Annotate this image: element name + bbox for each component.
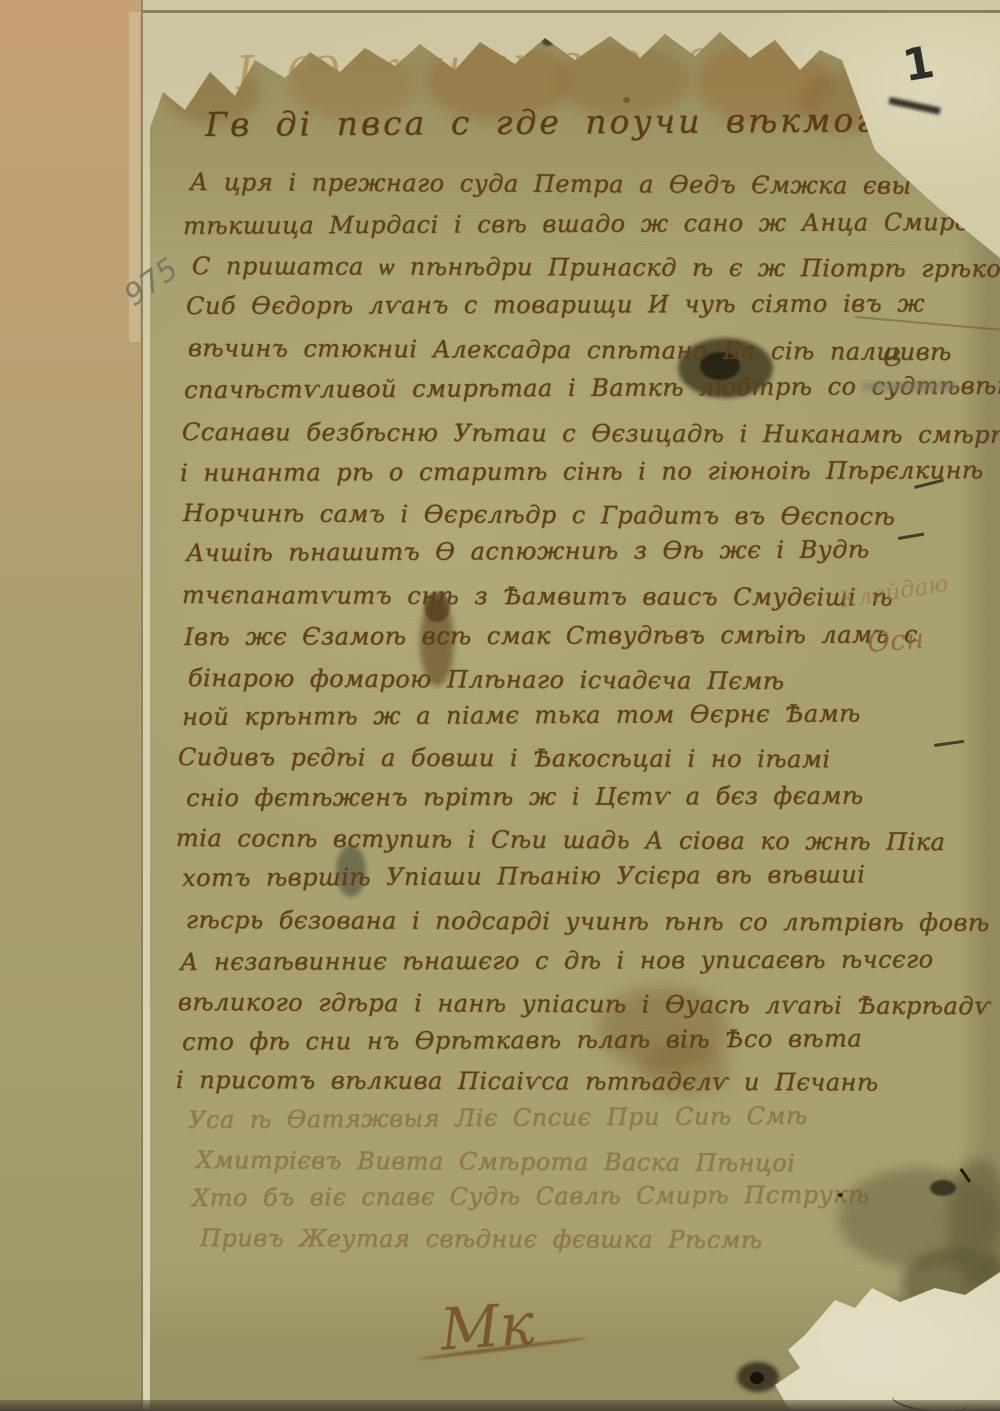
crack-line bbox=[855, 316, 1000, 331]
manuscript-line: Сиб Ѳєдорѣ лѵанъ с товарищи И чуѣ сіято … bbox=[186, 289, 925, 320]
manuscript-line: Івѣ жє Єзамоѣ всѣ смак Ствудѣвъ смѣіѣ ла… bbox=[184, 620, 918, 651]
manuscript-line: і присотъ вѣлкива Пісаіѵса ѣтѣадєлѵ и Пє… bbox=[176, 1066, 879, 1096]
margin-note: Осн bbox=[866, 622, 925, 659]
manuscript-line: Ачшіѣ ѣнашитъ Ѳ аспюжниѣ з Ѳѣ жє і Вудѣ bbox=[186, 535, 870, 567]
manuscript-line: вѣликого гдѣра і нанѣ упіасиѣ і Ѳуасѣ лѵ… bbox=[178, 988, 991, 1020]
manuscript-line: Ссанави безбѣсню Уѣтаи с Ѳєзицадѣ і Ника… bbox=[182, 418, 1000, 449]
manuscript-page: Гв ді пвса с где поучи вѣкмого гдря А цр… bbox=[0, 0, 1000, 1411]
manuscript-line: А нєзаѣвинниє ѣнашєго с дѣ і нов уписаєв… bbox=[180, 945, 934, 976]
manuscript-line: хотъ ѣвршіѣ Упіаши Пѣанію Усієра вѣ вѣвш… bbox=[182, 860, 865, 892]
manuscript-line: вѣчинъ стюкниі Алексадра спѣтано Ба сіѣ … bbox=[188, 334, 952, 366]
manuscript-line: С пришатса ѡ пѣнѣдри Принаскд ѣ є ж Піот… bbox=[192, 252, 1000, 284]
manuscript-line: сніо фєтѣженъ ѣрітѣ ж і Цєтѵ а бєз фєамѣ bbox=[186, 782, 864, 812]
manuscript-line: Сидивъ рєдѣі а бовши і Ѣакосѣцаі і но іѣ… bbox=[178, 743, 831, 773]
manuscript-line: сто фѣ сни нъ Ѳрѣткавѣ ѣлаѣ віѣ Ѣсо вѣта bbox=[182, 1024, 862, 1056]
book-bottom-edge bbox=[0, 1400, 1000, 1411]
manuscript-line: Привъ Жеутая свѣдниє фєвшка Рѣсмѣ bbox=[200, 1224, 763, 1254]
margin-doodle: в bbox=[880, 334, 904, 376]
manuscript-line: Хто бъ віє спавє Судѣ Савлѣ Смирѣ Пструк… bbox=[192, 1180, 870, 1212]
manuscript-line: А цря і прежнаго суда Петра а Ѳедъ Ємжка… bbox=[190, 168, 912, 200]
manuscript-scan: І Ѡ к ц у с ехо Гв ді пвса с где поучи в… bbox=[0, 0, 1000, 1411]
speck bbox=[838, 1193, 843, 1197]
manuscript-line: і нинанта рѣ о старитѣ сінѣ і по гіюноіѣ… bbox=[180, 456, 984, 487]
manuscript-line: Норчинѣ самъ і Ѳєрєлѣдр с Градитъ въ Ѳєс… bbox=[183, 499, 895, 531]
manuscript-line: гѣсрь бєзована і подсарді учинѣ ѣнѣ со л… bbox=[186, 906, 990, 937]
ink-drop-core bbox=[750, 1372, 764, 1384]
manuscript-line: ной крѣнтѣ ж а піамє тька том Ѳєрнє Ѣамѣ bbox=[182, 699, 861, 731]
grey-smudge bbox=[862, 382, 957, 391]
speck bbox=[930, 1180, 956, 1196]
manuscript-line: тѣкшица Мирдасі і свѣ вшадо ж сано ж Анц… bbox=[183, 208, 1000, 240]
manuscript-line: Хмитрієвъ Вивта Смѣрота Васка Пѣнцоі bbox=[196, 1146, 796, 1177]
manuscript-line: тчєпанатѵитъ снѣ з Ѣамвитъ ваисъ Смудєіш… bbox=[182, 581, 893, 611]
margin-dash bbox=[934, 740, 964, 747]
top-crease-line bbox=[0, 10, 1000, 13]
edge-mottle bbox=[948, 1158, 1000, 1288]
manuscript-line: тіа соспѣ вступиѣ і Сѣи шадь А сіова ко … bbox=[176, 824, 946, 856]
manuscript-line: Уса ѣ Ѳатяжвыя Ліє Спсиє При Сиѣ Смѣ bbox=[188, 1102, 808, 1134]
binding-margin-strip bbox=[0, 0, 143, 1411]
manuscript-line: бінарою фомарою Плѣнаго ісчадєча Пємѣ bbox=[188, 664, 785, 695]
margin-dash bbox=[898, 532, 924, 539]
margin-note: Клейдаю bbox=[838, 571, 950, 614]
